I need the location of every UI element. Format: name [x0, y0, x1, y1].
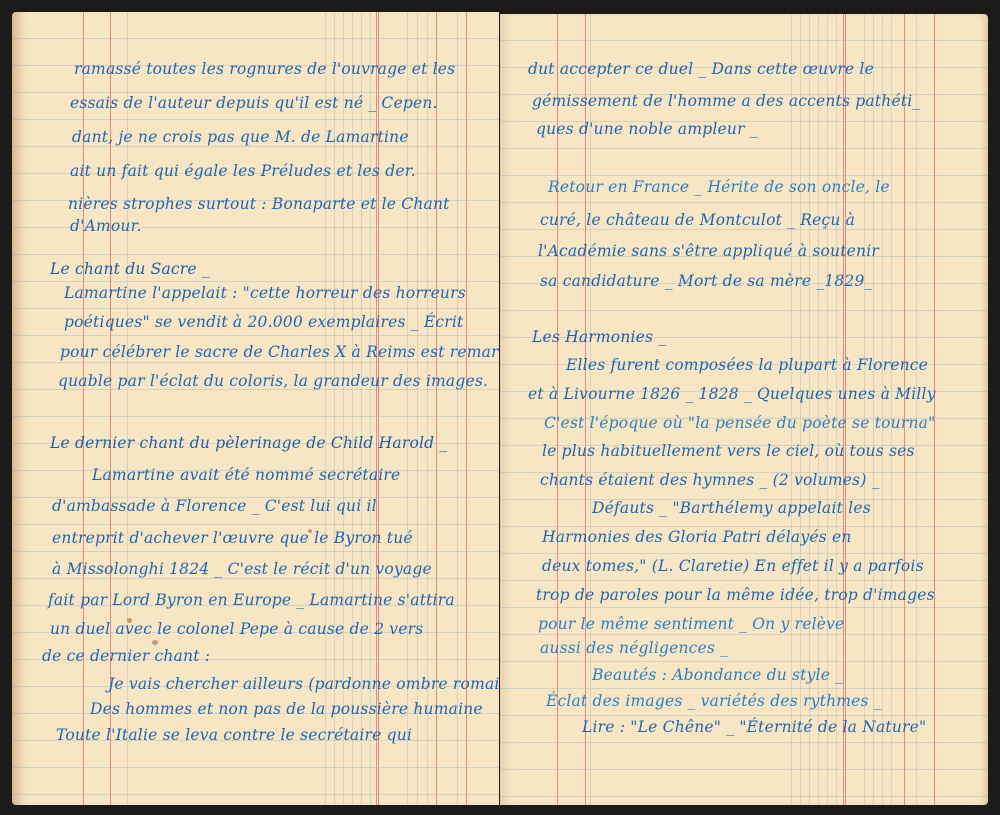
text-line: deux tomes," (L. Claretie) En effet il y…: [542, 557, 924, 575]
ledger-line: [791, 14, 792, 805]
margin-line: [904, 14, 905, 805]
text-line: pour célébrer le sacre de Charles X à Re…: [60, 343, 499, 361]
text-line: un duel avec le colonel Pepe à cause de …: [50, 620, 423, 638]
text-line: essais de l'auteur depuis qu'il est né _…: [70, 94, 438, 112]
text-line: quable par l'éclat du coloris, la grande…: [58, 372, 488, 390]
text-line: et à Livourne 1826 _ 1828 _ Quelques une…: [528, 385, 936, 403]
text-line: ait un fait qui égale les Préludes et le…: [70, 162, 416, 180]
text-line: à Missolonghi 1824 _ C'est le récit d'un…: [52, 560, 432, 578]
ledger-line: [916, 14, 917, 805]
margin-line: [845, 14, 846, 805]
text-line: Beautés : Abondance du style _: [592, 666, 843, 684]
ledger-line: [818, 14, 819, 805]
text-line: curé, le château de Montculot _ Reçu à: [540, 211, 855, 229]
ink-stain: [152, 640, 158, 645]
text-line: poétiques" se vendit à 20.000 exemplaire…: [64, 313, 463, 331]
section-heading: Le chant du Sacre _: [50, 260, 210, 278]
text-line: fait par Lord Byron en Europe _ Lamartin…: [48, 591, 455, 609]
text-line: dant, je ne crois pas que M. de Lamartin…: [72, 128, 409, 146]
text-line: Lamartine avait été nommé secrétaire: [92, 466, 400, 484]
text-line: d'Amour.: [70, 217, 142, 235]
text-line: C'est l'époque où "la pensée du poète se…: [544, 414, 935, 432]
ledger-line: [836, 14, 837, 805]
text-line: Elles furent composées la plupart à Flor…: [566, 356, 928, 374]
ledger-line: [800, 14, 801, 805]
text-line: trop de paroles pour la même idée, trop …: [536, 586, 935, 604]
text-line: chants étaient des hymnes _ (2 volumes) …: [540, 471, 880, 489]
text-line: d'ambassade à Florence _ C'est lui qui i…: [52, 497, 377, 515]
section-heading: Le dernier chant du pèlerinage de Child …: [50, 434, 447, 452]
ledger-line: [827, 14, 828, 805]
text-line: Éclat des images _ variétés des rythmes …: [546, 692, 882, 710]
text-line: Toute l'Italie se leva contre le secréta…: [56, 726, 412, 744]
text-line: Harmonies des Gloria Patri délayés en: [542, 528, 852, 546]
text-line: nières strophes surtout : Bonaparte et l…: [68, 195, 450, 213]
section-heading: Les Harmonies _: [532, 328, 666, 346]
text-line: le plus habituellement vers le ciel, où …: [542, 442, 915, 460]
ledger-line: [882, 14, 883, 805]
margin-line: [934, 14, 935, 805]
margin-line: [843, 14, 844, 805]
text-line: entreprit d'achever l'œuvre que le Byron…: [52, 529, 413, 547]
ledger-line: [891, 14, 892, 805]
quote-line: Je vais chercher ailleurs (pardonne ombr…: [108, 675, 499, 693]
text-line: Défauts _ "Barthélemy appelait les: [592, 499, 871, 517]
text-line: sa candidature _ Mort de sa mère _1829_: [540, 272, 873, 290]
text-line: pour le même sentiment _ On y relève: [538, 615, 844, 633]
text-line: de ce dernier chant :: [42, 647, 210, 665]
text-line: ramassé toutes les rognures de l'ouvrage…: [74, 60, 455, 78]
ledger-line: [873, 14, 874, 805]
text-line: l'Académie sans s'être appliqué à souten…: [538, 242, 879, 260]
left-notebook-page: ramassé toutes les rognures de l'ouvrage…: [12, 12, 499, 805]
right-notebook-page: dut accepter ce duel _ Dans cette œuvre …: [500, 14, 988, 805]
ledger-line: [864, 14, 865, 805]
text-line: gémissement de l'homme a des accents pat…: [532, 92, 920, 110]
text-line: Retour en France _ Hérite de son oncle, …: [548, 178, 890, 196]
text-line: dut accepter ce duel _ Dans cette œuvre …: [528, 60, 874, 78]
quote-line: Des hommes et non pas de la poussière hu…: [90, 700, 483, 718]
ledger-line: [809, 14, 810, 805]
text-line: Lamartine l'appelait : "cette horreur de…: [64, 284, 466, 302]
text-line: Lire : "Le Chêne" _ "Éternité de la Natu…: [582, 718, 926, 736]
text-line: ques d'une noble ampleur _: [536, 120, 758, 138]
text-line: aussi des négligences _: [540, 639, 728, 657]
